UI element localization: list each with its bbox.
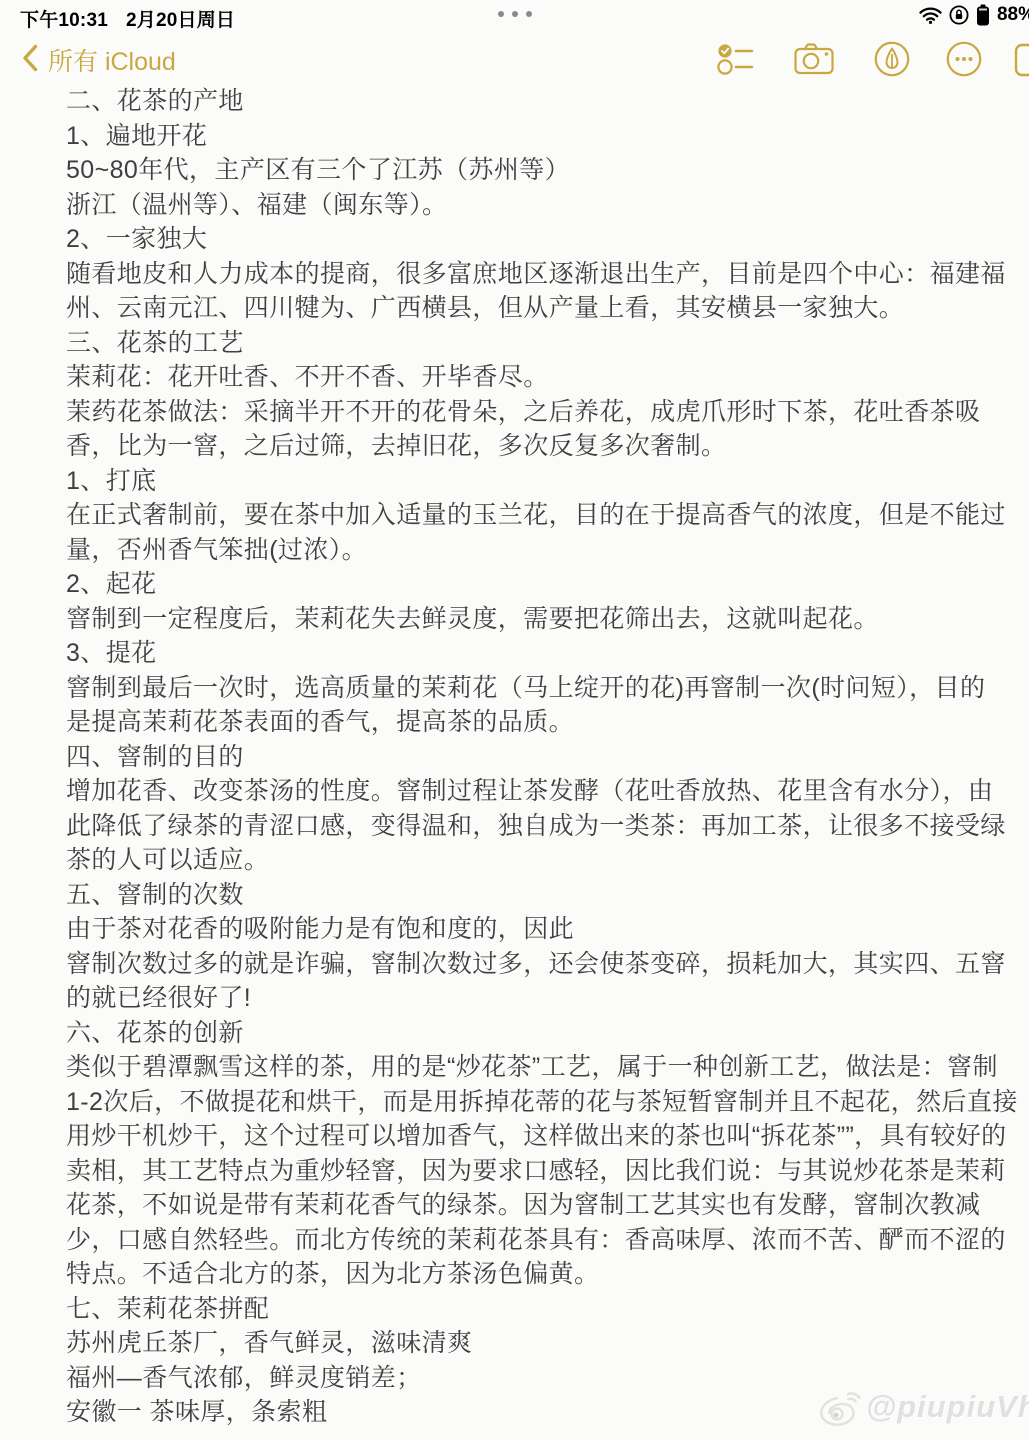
- back-button-label: 所有 iCloud: [48, 42, 176, 78]
- note-text-line: 此降低了绿茶的青涩口感，变得温和，独自成为一类茶：再加工茶，让很多不接受绿: [66, 809, 1024, 844]
- note-text-line: 1-2次后，不做提花和烘干，而是用拆掉花蒂的花与茶短暂窨制并且不起花，然后直接: [66, 1085, 1024, 1120]
- back-button[interactable]: 所有 iCloud: [22, 42, 176, 78]
- note-text-line: 类似于碧潭飘雪这样的茶，用的是“炒花茶”工艺，属于一种创新工艺，做法是：窨制: [66, 1050, 1024, 1085]
- note-text-line: 卖相，其工艺特点为重炒轻窨，因为要求口感轻，因比我们说：与其说炒花茶是茉莉: [66, 1154, 1024, 1189]
- note-text-line: 的就已经很好了!: [66, 981, 1024, 1016]
- status-left: 下午10:312月20日周日: [20, 5, 235, 32]
- battery-icon: [976, 4, 990, 26]
- note-text-line: 随看地皮和人力成本的提商，很多富庶地区逐渐退出生产，目前是四个中心：福建福: [66, 257, 1024, 292]
- compose-button[interactable]: [1014, 38, 1029, 80]
- note-text-line: 窨制到一定程度后，茉莉花失去鲜灵度，需要把花筛出去，这就叫起花。: [66, 602, 1024, 637]
- note-text-line: 50~80年代，主产区有三个了江苏（苏州等）: [66, 153, 1024, 188]
- note-text-line: 2、起花: [66, 567, 1024, 602]
- note-text-line: 香，比为一窨，之后过筛，去掉旧花，多次反复多次奢制。: [66, 429, 1024, 464]
- more-button[interactable]: [944, 38, 984, 80]
- camera-button[interactable]: [794, 38, 834, 80]
- ipad-screen: 下午10:312月20日周日: [0, 0, 1029, 1440]
- note-text-line: 由于茶对花香的吸附能力是有饱和度的，因此: [66, 912, 1024, 947]
- status-right: 88%: [919, 4, 1029, 26]
- note-text-line: 浙江（温州等）、福建（闽东等）。: [66, 188, 1024, 223]
- note-text-line: 花茶，不如说是带有茉莉花香气的绿茶。因为窨制工艺其实也有发酵，窨制次教减: [66, 1188, 1024, 1223]
- note-text-line: 窨制次数过多的就是诈骗，窨制次数过多，还会使茶变碎，损耗加大，其实四、五窨: [66, 947, 1024, 982]
- battery-percent: 88%: [997, 4, 1029, 26]
- weibo-logo-icon: [818, 1386, 864, 1428]
- note-text-line: 2、一家独大: [66, 222, 1024, 257]
- note-text-line: 三、花茶的工艺: [66, 326, 1024, 361]
- note-text-line: 在正式奢制前，要在茶中加入适量的玉兰花，目的在于提高香气的浓度，但是不能过: [66, 498, 1024, 533]
- note-text-line: 苏州虎丘茶厂，香气鲜灵，滋味清爽: [66, 1326, 1024, 1361]
- note-text-line: 五、窨制的次数: [66, 878, 1024, 913]
- compose-icon: [1014, 40, 1029, 78]
- note-text-line: 3、提花: [66, 636, 1024, 671]
- note-text-line: 四、窨制的目的: [66, 740, 1024, 775]
- nav-bar: 所有 iCloud: [0, 32, 1029, 88]
- note-text-line: 七、茉莉花茶拼配: [66, 1292, 1024, 1327]
- watermark-handle: @piupiuVhor: [866, 1389, 1029, 1425]
- note-text-line: 少，口感自然轻些。而北方传统的茉莉花茶具有：香高味厚、浓而不苦、酽而不涩的: [66, 1223, 1024, 1258]
- camera-icon: [794, 43, 834, 75]
- orientation-lock-icon: [949, 5, 969, 25]
- status-bar: 下午10:312月20日周日: [0, 0, 1029, 32]
- note-text-line: 窨制到最后一次时，选高质量的茉莉花（马上绽开的花)再窨制一次(时问短），目的: [66, 671, 1024, 706]
- more-icon: [945, 40, 983, 78]
- back-chevron-icon: [22, 44, 38, 77]
- multitask-indicator-icon[interactable]: [498, 11, 532, 17]
- status-time: 下午10:31: [20, 10, 108, 31]
- markup-icon: [873, 40, 911, 78]
- note-text-line: 州、云南元江、四川犍为、广西横县，但从产量上看，其安横县一家独大。: [66, 291, 1024, 326]
- checklist-icon: [717, 42, 755, 76]
- note-text-line: 用炒干机炒干，这个过程可以增加香气，这样做出来的茶也叫“拆花茶””，具有较好的: [66, 1119, 1024, 1154]
- checklist-button[interactable]: [716, 38, 756, 80]
- note-text-line: 量，否州香气笨拙(过浓）。: [66, 533, 1024, 568]
- note-text-line: 茶的人可以适应。: [66, 843, 1024, 878]
- markup-button[interactable]: [872, 38, 912, 80]
- note-text-line: 二、花茶的产地: [66, 84, 1024, 119]
- wifi-icon: [919, 7, 942, 24]
- note-text-line: 1、遍地开花: [66, 119, 1024, 154]
- note-text-line: 特点。不适合北方的茶，因为北方茶汤色偏黄。: [66, 1257, 1024, 1292]
- status-date: 2月20日周日: [126, 10, 235, 31]
- note-text-line: 1、打底: [66, 464, 1024, 499]
- note-text-line: 是提高茉莉花茶表面的香气，提高茶的品质。: [66, 705, 1024, 740]
- note-text-line: 茉药花茶做法：采摘半开不开的花骨朵，之后养花，成虎爪形时下茶，花吐香茶吸: [66, 395, 1024, 430]
- note-text-line: 茉莉花：花开吐香、不开不香、开毕香尽。: [66, 360, 1024, 395]
- note-text-line: 六、花茶的创新: [66, 1016, 1024, 1051]
- note-content[interactable]: 二、花茶的产地1、遍地开花50~80年代，主产区有三个了江苏（苏州等）浙江（温州…: [66, 84, 1024, 1430]
- note-text-line: 增加花香、改变茶汤的性度。窨制过程让茶发酵（花吐香放热、花里含有水分），由: [66, 774, 1024, 809]
- watermark: @piupiuVhor: [818, 1386, 1029, 1428]
